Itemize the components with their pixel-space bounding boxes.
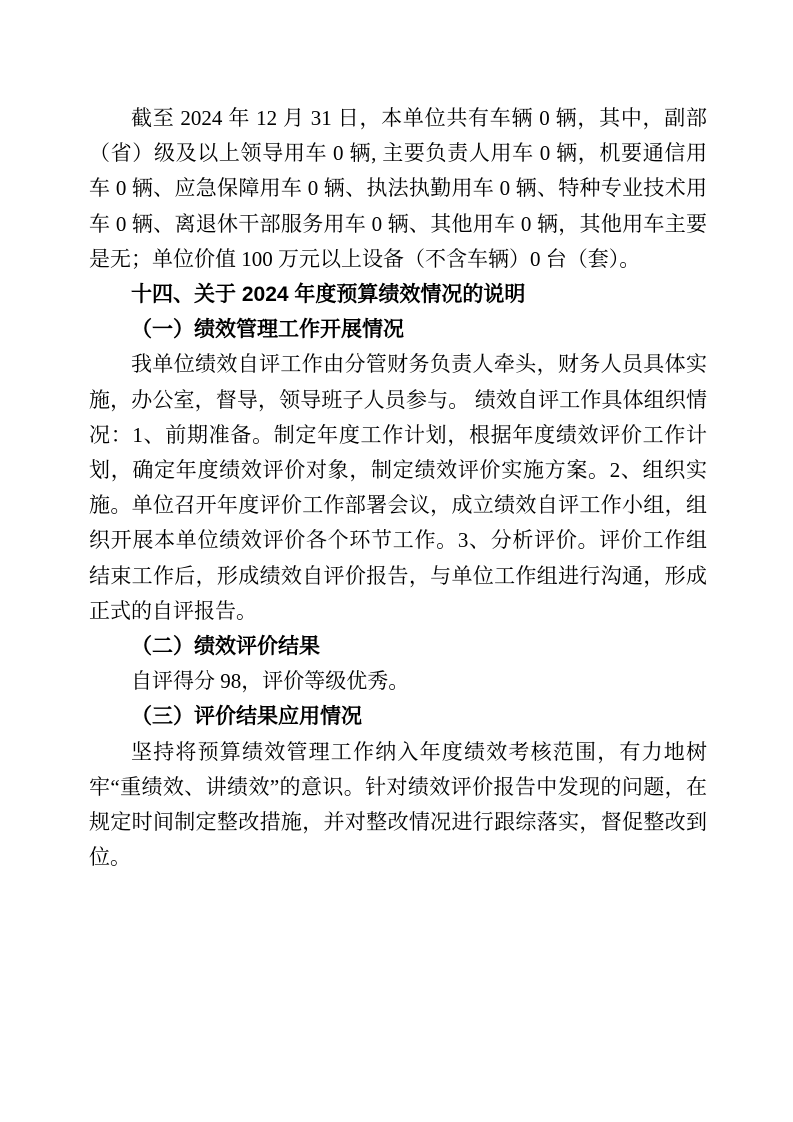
document-page: 截至 2024 年 12 月 31 日，本单位共有车辆 0 辆，其中，副部（省）… <box>0 0 793 1122</box>
body-paragraph-self-evaluation-process: 我单位绩效自评工作由分管财务负责人牵头，财务人员具体实施，办公室，督导，领导班子… <box>89 347 707 629</box>
body-paragraph-vehicle-assets: 截至 2024 年 12 月 31 日，本单位共有车辆 0 辆，其中，副部（省）… <box>89 101 707 277</box>
body-paragraph-evaluation-score: 自评得分 98，评价等级优秀。 <box>89 664 707 699</box>
body-paragraph-results-application: 坚持将预算绩效管理工作纳入年度绩效考核范围，有力地树牢“重绩效、讲绩效”的意识。… <box>89 735 707 876</box>
subheading-performance-management: （一）绩效管理工作开展情况 <box>89 312 707 347</box>
subheading-results-application: （三）评价结果应用情况 <box>89 699 707 734</box>
document-content: 截至 2024 年 12 月 31 日，本单位共有车辆 0 辆，其中，副部（省）… <box>89 101 707 875</box>
subheading-evaluation-results: （二）绩效评价结果 <box>89 629 707 664</box>
heading-section-fourteen: 十四、关于 2024 年度预算绩效情况的说明 <box>89 277 707 312</box>
